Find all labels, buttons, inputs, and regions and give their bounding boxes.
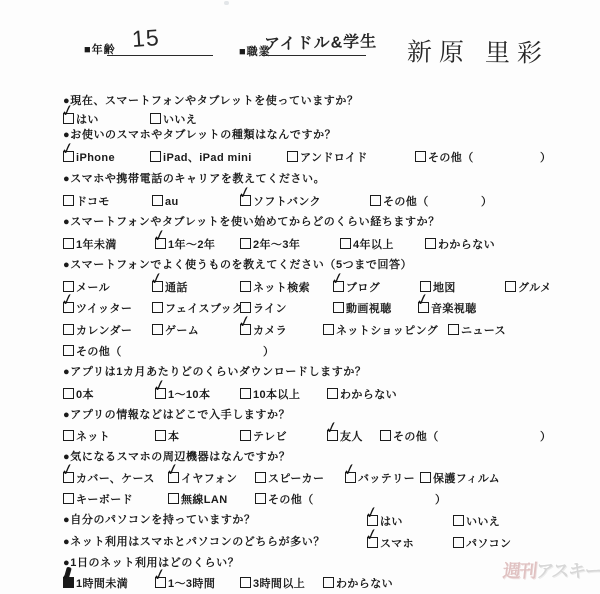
checkbox-option: フェイスブック <box>152 301 243 316</box>
checkbox <box>240 281 251 292</box>
checkbox <box>240 388 251 399</box>
checkbox <box>240 577 251 588</box>
option-label: はい <box>76 114 99 126</box>
checkbox <box>63 430 74 441</box>
question-text: ●スマホや携帯電話のキャリアを教えてください。 <box>63 173 325 186</box>
checkbox <box>63 388 74 399</box>
question-text: ●お使いのスマホやタブレットの種類はなんですか？ <box>63 129 336 142</box>
checkbox-option: 1年未満 <box>63 237 117 252</box>
checkbox-checked <box>63 151 74 162</box>
checkbox-option: テレビ <box>240 429 287 444</box>
option-label: 4年以上 <box>353 239 394 251</box>
option-label: メール <box>76 282 110 294</box>
option-label: カメラ <box>253 325 287 337</box>
checkbox-checked <box>367 537 378 548</box>
checkbox <box>63 238 74 249</box>
option-label: わからない <box>340 389 397 401</box>
checkbox-checked <box>63 302 74 313</box>
checkbox-option: わからない <box>323 576 393 591</box>
checkbox-option: au <box>152 194 179 209</box>
survey-sheet: ■年齢 15 ■職業 アイドル&学生 新原 里彩 週刊アスキー ●現在、スマート… <box>0 0 600 594</box>
option-label: ドコモ <box>76 196 110 208</box>
checkbox-option: 1〜3時間 <box>155 576 215 591</box>
checkbox-option: 無線LAN <box>168 492 228 507</box>
option-label: スピーカー <box>268 473 324 485</box>
checkbox <box>505 281 516 292</box>
checkbox-option: ドコモ <box>63 194 110 209</box>
checkbox-option: 友人 <box>327 429 363 444</box>
option-label: 1時間未満 <box>76 578 128 590</box>
checkbox-option: カレンダー <box>63 323 132 338</box>
option-label: キーボード <box>76 494 133 506</box>
option-label: はい <box>380 516 403 528</box>
option-label: ニュース <box>461 325 506 337</box>
checkbox-option: ネット検索 <box>240 280 310 295</box>
option-label: ） <box>540 152 551 164</box>
checkbox <box>152 195 163 206</box>
option-label: ライン <box>253 303 287 315</box>
checkbox <box>453 537 464 548</box>
option-label: ツイッター <box>76 303 132 315</box>
option-label: iPhone <box>76 152 115 164</box>
checkbox <box>155 430 166 441</box>
checkbox <box>453 515 464 526</box>
checkbox <box>63 281 74 292</box>
checkbox-option: その他（ <box>415 150 474 165</box>
checkbox-option: 4年以上 <box>340 237 394 252</box>
checkbox-checked <box>345 472 356 483</box>
paren-close: ） <box>263 344 274 359</box>
checkbox <box>255 493 266 504</box>
checkbox <box>323 324 334 335</box>
checkbox-option: 10本以上 <box>240 387 300 402</box>
option-label: 1〜10本 <box>168 389 210 401</box>
checkbox-option: 通話 <box>152 280 188 295</box>
checkbox <box>240 238 251 249</box>
option-label: カバー、ケース <box>76 473 155 485</box>
option-label: ゲーム <box>165 325 199 337</box>
checkbox-option: iPhone <box>63 150 115 165</box>
option-label: わからない <box>336 578 393 590</box>
checkbox-option: バッテリー <box>345 471 415 486</box>
checkbox <box>255 472 266 483</box>
checkbox-checked <box>155 238 166 249</box>
checkbox <box>340 238 351 249</box>
checkbox <box>327 388 338 399</box>
checkbox-option: キーボード <box>63 492 133 507</box>
option-label: ） <box>263 346 274 358</box>
checkbox-option: その他（ <box>255 492 314 507</box>
checkbox-option: 3時間以上 <box>240 576 305 591</box>
paren-close: ） <box>540 429 551 444</box>
checkbox-checked <box>63 472 74 483</box>
checkbox-option: スピーカー <box>255 471 324 486</box>
checkbox-checked <box>168 472 179 483</box>
checkbox <box>152 302 163 313</box>
checkbox-checked <box>155 577 166 588</box>
checkbox <box>240 302 251 313</box>
option-label: イヤフォン <box>181 473 237 485</box>
checkbox <box>448 324 459 335</box>
option-label: 動画視聴 <box>346 303 392 315</box>
option-label: ネット <box>76 431 110 443</box>
checkbox-checked <box>333 281 344 292</box>
checkbox-option: その他（ <box>370 194 429 209</box>
option-label: ） <box>435 494 446 506</box>
checkbox-option: 音楽視聴 <box>418 301 477 316</box>
occupation-underline <box>262 55 366 56</box>
checkbox-option: その他（ <box>380 429 439 444</box>
checkbox <box>425 238 436 249</box>
option-label: その他（ <box>76 346 122 358</box>
option-label: 1年未満 <box>76 239 117 251</box>
option-label: 本 <box>168 431 179 443</box>
checkbox-option: ソフトバンク <box>240 194 321 209</box>
checkbox-option: カメラ <box>240 323 287 338</box>
checkbox <box>415 151 426 162</box>
checkbox-option: カバー、ケース <box>63 471 155 486</box>
checkbox-option: 1年〜2年 <box>155 237 215 252</box>
watermark-logo: 週刊アスキー <box>502 557 600 583</box>
checkbox-checked <box>240 324 251 335</box>
checkbox <box>168 493 179 504</box>
respondent-name-handwritten: 新原 里彩 <box>407 32 549 69</box>
option-label: 1年〜2年 <box>168 239 215 251</box>
paren-close: ） <box>435 492 446 507</box>
checkbox <box>63 324 74 335</box>
checkbox-option: 本 <box>155 429 179 444</box>
scan-speck <box>224 1 229 5</box>
checkbox <box>333 302 344 313</box>
option-label: その他（ <box>393 431 439 443</box>
question-text: ●ネット利用はスマホとパソコンのどちらが多い？ <box>63 536 325 549</box>
checkbox-checked <box>155 388 166 399</box>
checkbox <box>63 493 74 504</box>
checkbox <box>287 151 298 162</box>
checkbox-option: ニュース <box>448 323 506 338</box>
watermark-text-red: 週刊 <box>502 561 537 581</box>
checkbox-option: グルメ <box>505 280 552 295</box>
option-label: 無線LAN <box>181 494 228 506</box>
option-label: 3時間以上 <box>253 578 305 590</box>
checkbox-option: スマホ <box>367 536 414 551</box>
option-label: いいえ <box>466 516 500 528</box>
checkbox-checked <box>418 302 429 313</box>
checkbox <box>152 324 163 335</box>
option-label: 保護フィルム <box>433 473 500 485</box>
option-label: 2年〜3年 <box>253 239 300 251</box>
watermark-text-gray: アスキー <box>535 561 600 581</box>
checkbox <box>380 430 391 441</box>
checkbox <box>63 345 74 356</box>
checkbox-option: 0本 <box>63 387 94 402</box>
paren-close: ） <box>481 194 492 209</box>
question-text: ●スマートフォンやタブレットを使い始めてからどのくらい経ちますか？ <box>63 216 440 229</box>
checkbox <box>370 195 381 206</box>
option-label: 0本 <box>76 389 94 401</box>
checkbox-option: ゲーム <box>152 323 199 338</box>
option-label: 地図 <box>433 282 456 294</box>
option-label: バッテリー <box>358 473 415 485</box>
option-label: 音楽視聴 <box>431 303 477 315</box>
option-label: au <box>165 196 179 208</box>
option-label: 1〜3時間 <box>168 578 215 590</box>
checkbox-option: 2年〜3年 <box>240 237 300 252</box>
question-text: ●自分のパソコンを持っていますか？ <box>63 514 256 527</box>
checkbox-option: わからない <box>327 387 397 402</box>
option-label: ） <box>540 431 551 443</box>
option-label: iPad、iPad mini <box>163 152 252 164</box>
checkbox-option: ツイッター <box>63 301 132 316</box>
option-label: カレンダー <box>76 325 132 337</box>
checkbox-option: いいえ <box>150 112 197 127</box>
checkbox <box>420 472 431 483</box>
checkbox <box>150 151 161 162</box>
option-label: その他（ <box>428 152 474 164</box>
checkbox-checked <box>152 281 163 292</box>
occupation-value-handwritten: アイドル&学生 <box>264 29 378 55</box>
checkbox-option: ネット <box>63 429 110 444</box>
option-label: その他（ <box>268 494 314 506</box>
option-label: いいえ <box>163 114 197 126</box>
checkbox-option: パソコン <box>453 536 511 551</box>
option-label: 通話 <box>165 282 188 294</box>
checkbox-option: わからない <box>425 237 495 252</box>
checkbox <box>63 195 74 206</box>
paren-close: ） <box>540 150 551 165</box>
option-label: フェイスブック <box>165 303 243 315</box>
option-label: ソフトバンク <box>253 196 321 208</box>
option-label: 10本以上 <box>253 389 300 401</box>
age-underline <box>107 55 213 56</box>
question-text: ●アプリは1カ月あたりどのくらいダウンロードしますか？ <box>63 366 367 379</box>
age-value-handwritten: 15 <box>131 24 160 53</box>
checkbox-option: イヤフォン <box>168 471 237 486</box>
option-label: グルメ <box>518 282 552 294</box>
checkbox-checked <box>367 515 378 526</box>
option-label: アンドロイド <box>300 152 368 164</box>
checkbox-option: アンドロイド <box>287 150 368 165</box>
question-text: ●現在、スマートフォンやタブレットを使っていますか？ <box>63 95 359 108</box>
checkbox-checked <box>63 113 74 124</box>
option-label: ネットショッピング <box>336 325 438 337</box>
question-text: ●アプリの情報などはどこで入手しますか？ <box>63 409 290 422</box>
checkbox-scribbled <box>63 577 74 588</box>
option-label: その他（ <box>383 196 429 208</box>
checkbox-option: iPad、iPad mini <box>150 150 252 165</box>
checkbox-option: いいえ <box>453 514 500 529</box>
checkbox <box>240 430 251 441</box>
option-label: テレビ <box>253 431 287 443</box>
checkbox-option: はい <box>63 112 99 127</box>
checkbox-option: 1〜10本 <box>155 387 210 402</box>
checkbox-option: ブログ <box>333 280 380 295</box>
checkbox <box>150 113 161 124</box>
checkbox <box>323 577 334 588</box>
option-label: 友人 <box>340 431 363 443</box>
checkbox-option: 保護フィルム <box>420 471 500 486</box>
option-label: ） <box>481 196 492 208</box>
checkbox-checked <box>240 195 251 206</box>
option-label: パソコン <box>466 538 511 550</box>
checkbox-checked <box>327 430 338 441</box>
option-label: スマホ <box>380 538 414 550</box>
checkbox-option: ネットショッピング <box>323 323 438 338</box>
question-text: ●スマートフォンでよく使うものを教えてください（5つまで回答） <box>63 259 412 272</box>
option-label: わからない <box>438 239 495 251</box>
option-label: ネット検索 <box>253 282 310 294</box>
option-label: ブログ <box>346 282 380 294</box>
checkbox-option: 1時間未満 <box>63 576 128 591</box>
checkbox-option: その他（ <box>63 344 122 359</box>
checkbox-option: 動画視聴 <box>333 301 392 316</box>
